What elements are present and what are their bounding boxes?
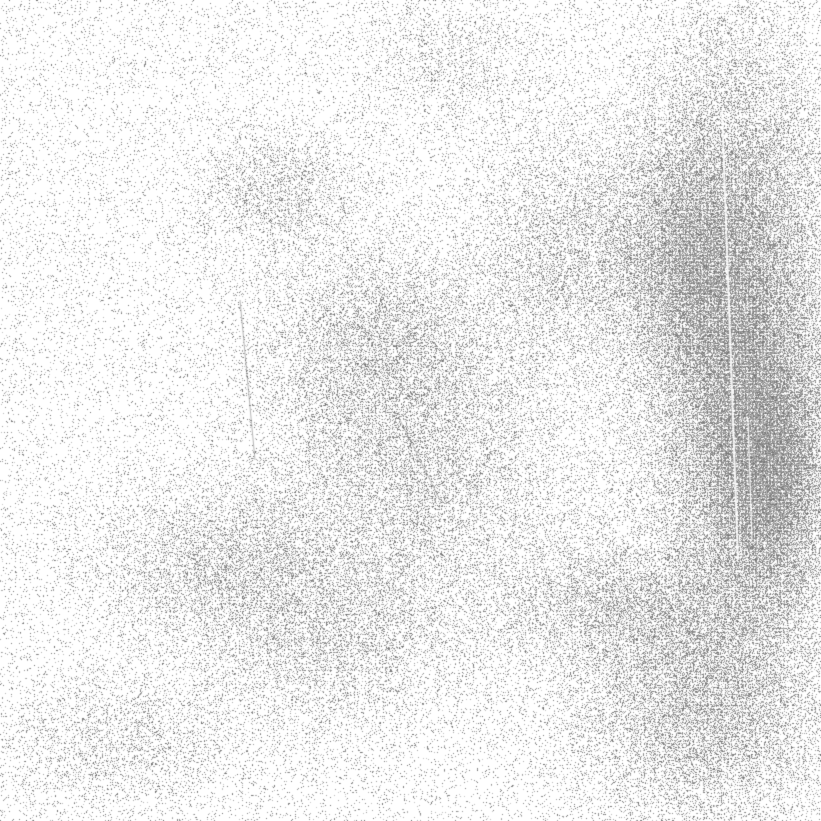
texture-canvas <box>0 0 821 821</box>
grunge-texture <box>0 0 821 821</box>
